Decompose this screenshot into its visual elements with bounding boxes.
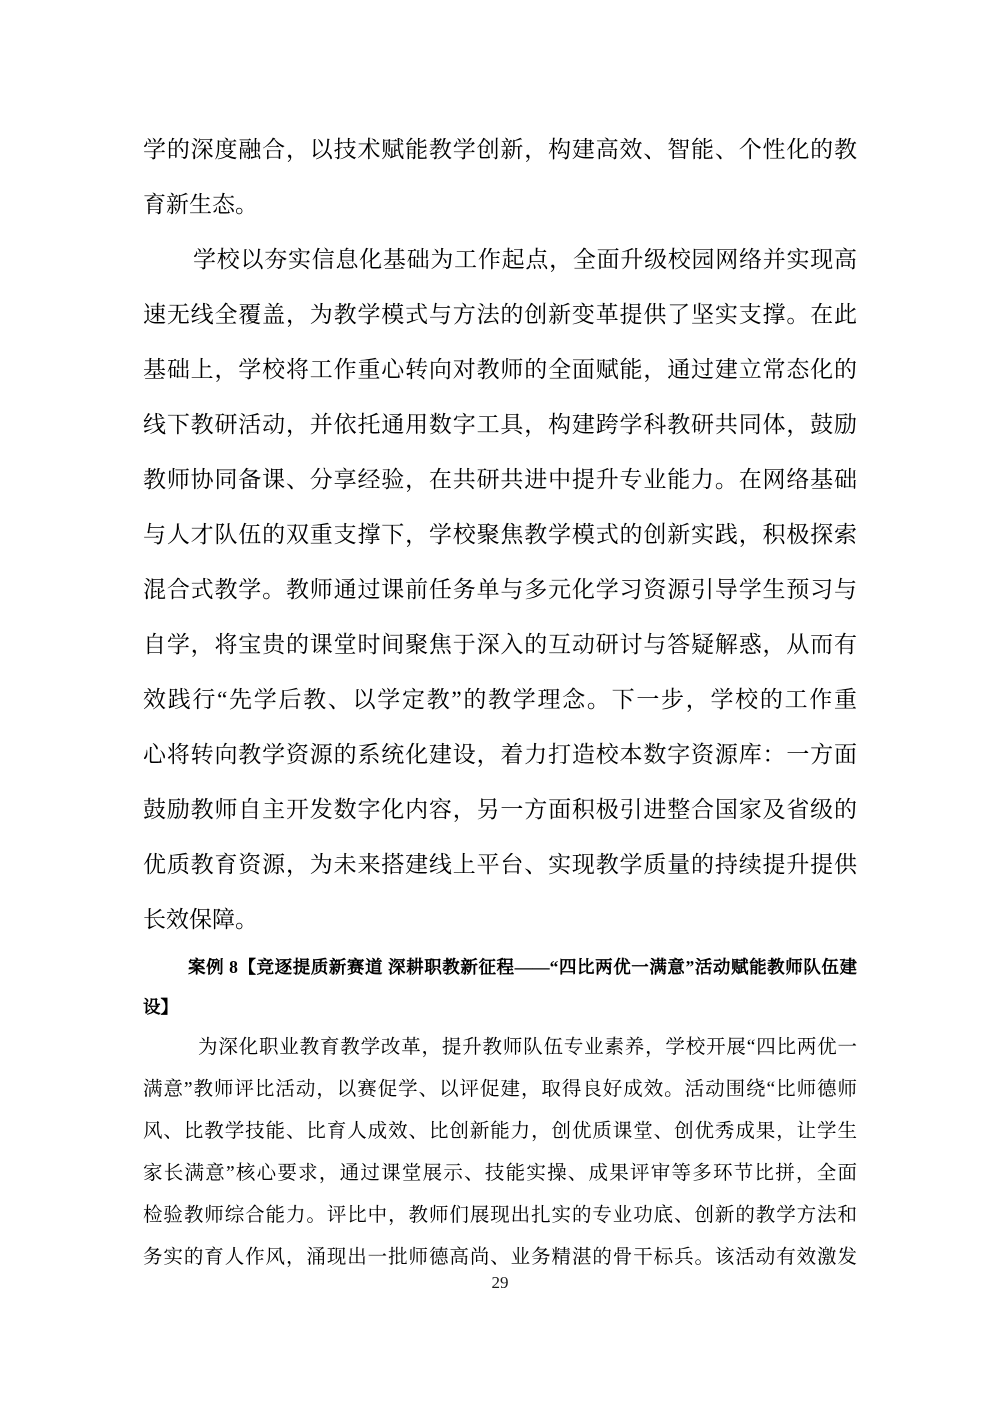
text-line: 基础上，学校将工作重心转向对教师的全面赋能，通过建立常态化的	[143, 342, 857, 397]
page-number: 29	[0, 1272, 1000, 1294]
text-line: 家长满意”核心要求，通过课堂展示、技能实操、成果评审等多环节比拼，全面	[143, 1153, 857, 1195]
text-line: 优质教育资源，为未来搭建线上平台、实现教学质量的持续提升提供	[143, 837, 857, 892]
text-line: 与人才队伍的双重支撑下，学校聚焦教学模式的创新实践，积极探索	[143, 507, 857, 562]
text-line: 线下教研活动，并依托通用数字工具，构建跨学科教研共同体，鼓励	[143, 397, 857, 452]
text-line: 案例 8【竞逐提质新赛道 深耕职教新征程——“四比两优一满意”活动赋能教师队伍建	[143, 947, 857, 987]
text-line: 鼓励教师自主开发数字化内容，另一方面积极引进整合国家及省级的	[143, 782, 857, 837]
document-page: 学的深度融合，以技术赋能教学创新，构建高效、智能、个性化的教育新生态。 学校以夯…	[0, 0, 1000, 1414]
document-content: 学的深度融合，以技术赋能教学创新，构建高效、智能、个性化的教育新生态。 学校以夯…	[143, 122, 857, 1279]
text-line: 心将转向教学资源的系统化建设，着力打造校本数字资源库：一方面	[143, 727, 857, 782]
text-line: 满意”教师评比活动，以赛促学、以评促建，取得良好成效。活动围绕“比师德师	[143, 1069, 857, 1111]
paragraph-continuation: 学的深度融合，以技术赋能教学创新，构建高效、智能、个性化的教育新生态。	[143, 122, 857, 232]
text-line: 教师协同备课、分享经验，在共研共进中提升专业能力。在网络基础	[143, 452, 857, 507]
case-body-paragraph: 为深化职业教育教学改革，提升教师队伍专业素养，学校开展“四比两优一满意”教师评比…	[143, 1027, 857, 1279]
text-line: 为深化职业教育教学改革，提升教师队伍专业素养，学校开展“四比两优一	[143, 1027, 857, 1069]
text-line: 长效保障。	[143, 892, 857, 947]
text-line: 速无线全覆盖，为教学模式与方法的创新变革提供了坚实支撑。在此	[143, 287, 857, 342]
text-line: 检验教师综合能力。评比中，教师们展现出扎实的专业功底、创新的教学方法和	[143, 1195, 857, 1237]
text-line: 风、比教学技能、比育人成效、比创新能力，创优质课堂、创优秀成果，让学生	[143, 1111, 857, 1153]
case-heading: 案例 8【竞逐提质新赛道 深耕职教新征程——“四比两优一满意”活动赋能教师队伍建…	[143, 947, 857, 1027]
text-line: 设】	[143, 987, 857, 1027]
paragraph-main: 学校以夯实信息化基础为工作起点，全面升级校园网络并实现高速无线全覆盖，为教学模式…	[143, 232, 857, 947]
text-line: 效践行“先学后教、以学定教”的教学理念。下一步，学校的工作重	[143, 672, 857, 727]
text-line: 混合式教学。教师通过课前任务单与多元化学习资源引导学生预习与	[143, 562, 857, 617]
text-line: 自学，将宝贵的课堂时间聚焦于深入的互动研讨与答疑解惑，从而有	[143, 617, 857, 672]
text-line: 育新生态。	[143, 177, 857, 232]
text-line: 学的深度融合，以技术赋能教学创新，构建高效、智能、个性化的教	[143, 122, 857, 177]
text-line: 学校以夯实信息化基础为工作起点，全面升级校园网络并实现高	[143, 232, 857, 287]
